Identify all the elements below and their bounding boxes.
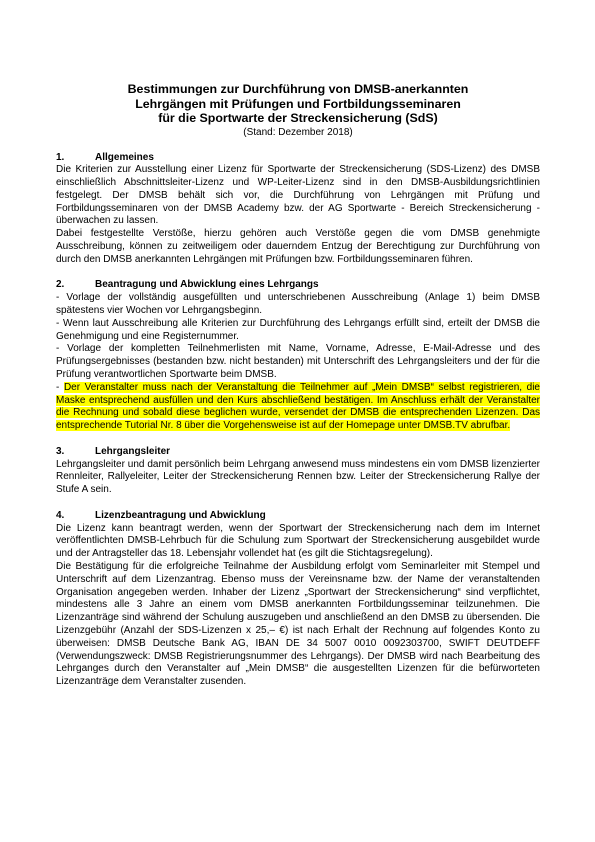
document-title-line-1: Bestimmungen zur Durchführung von DMSB-a… — [56, 82, 540, 97]
list-dash: - — [56, 382, 64, 393]
paragraph: Die Lizenz kann beantragt werden, wenn d… — [56, 523, 540, 561]
section-heading: 4. Lizenzbeantragung und Abwicklung — [56, 510, 540, 523]
highlighted-text: Der Veranstalter muss nach der Veranstal… — [56, 382, 540, 431]
list-item: - Vorlage der vollständig ausgefüllten u… — [56, 292, 540, 318]
section-allgemeines: 1. Allgemeines Die Kriterien zur Ausstel… — [56, 152, 540, 267]
section-title: Lizenzbeantragung und Abwicklung — [95, 510, 266, 523]
section-number: 1. — [56, 152, 95, 165]
section-title: Allgemeines — [95, 152, 154, 165]
document-page: Bestimmungen zur Durchführung von DMSB-a… — [56, 82, 540, 702]
paragraph: Dabei festgestellte Verstöße, hierzu geh… — [56, 228, 540, 266]
section-number: 3. — [56, 446, 95, 459]
section-beantragung: 2. Beantragung und Abwicklung eines Lehr… — [56, 279, 540, 433]
section-number: 2. — [56, 279, 95, 292]
section-heading: 1. Allgemeines — [56, 152, 540, 165]
section-lizenzbeantragung: 4. Lizenzbeantragung und Abwicklung Die … — [56, 510, 540, 689]
document-date: (Stand: Dezember 2018) — [56, 126, 540, 139]
list-item: - Vorlage der kompletten Teilnehmerliste… — [56, 343, 540, 381]
section-heading: 2. Beantragung und Abwicklung eines Lehr… — [56, 279, 540, 292]
section-lehrgangsleiter: 3. Lehrgangsleiter Lehrgangsleiter und d… — [56, 446, 540, 497]
section-number: 4. — [56, 510, 95, 523]
highlighted-list-item: - Der Veranstalter muss nach der Veranst… — [56, 382, 540, 433]
section-heading: 3. Lehrgangsleiter — [56, 446, 540, 459]
document-title-line-2: Lehrgängen mit Prüfungen und Fortbildung… — [56, 97, 540, 112]
list-item: - Wenn laut Ausschreibung alle Kriterien… — [56, 318, 540, 344]
document-title-line-3: für die Sportwarte der Streckensicherung… — [56, 111, 540, 126]
section-title: Lehrgangsleiter — [95, 446, 170, 459]
section-title: Beantragung und Abwicklung eines Lehrgan… — [95, 279, 319, 292]
paragraph: Lehrgangsleiter und damit persönlich bei… — [56, 459, 540, 497]
paragraph: Die Bestätigung für die erfolgreiche Tei… — [56, 561, 540, 689]
paragraph: Die Kriterien zur Ausstellung einer Lize… — [56, 164, 540, 228]
